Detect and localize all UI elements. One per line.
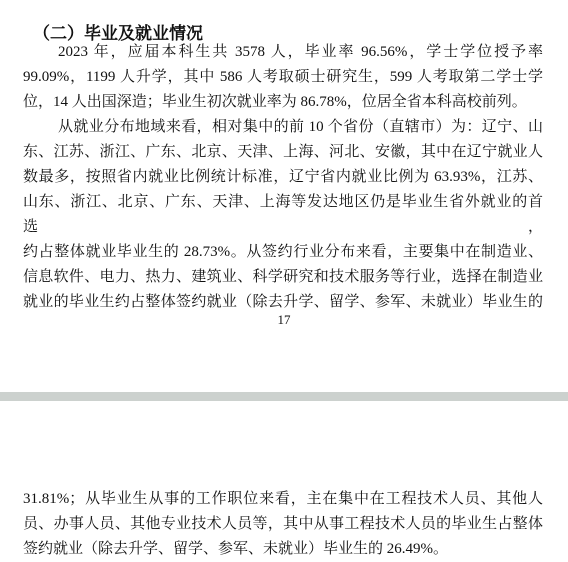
text-line: 签约就业（除去升学、留学、参军、未就业）毕业生的 26.49%。: [23, 537, 543, 562]
page2-text-body: 31.81%；从毕业生从事的工作职位来看，主在集中在工程技术人员、其他人 员、办…: [23, 487, 543, 562]
document-viewer: （二）毕业及就业情况 2023 年，应届本科生共 3578 人，毕业率 96.5…: [0, 0, 568, 562]
page-number: 17: [0, 312, 568, 328]
text-line: 位，14 人出国深造；毕业生初次就业率为 86.78%，位居全省本科高校前列。: [23, 90, 543, 115]
page1-text-body: 2023 年，应届本科生共 3578 人，毕业率 96.56%，学士学位授予率 …: [23, 40, 543, 315]
text-line: 2023 年，应届本科生共 3578 人，毕业率 96.56%，学士学位授予率: [23, 40, 543, 65]
text-line: 31.81%；从毕业生从事的工作职位来看，主在集中在工程技术人员、其他人: [23, 487, 543, 512]
text-line: 员、办事人员、其他专业技术人员等，其中从事工程技术人员的毕业生占整体: [23, 512, 543, 537]
text-line: 信息软件、电力、热力、建筑业、科学研究和技术服务等行业，选择在制造业: [23, 265, 543, 290]
text-line: 东、江苏、浙江、广东、北京、天津、上海、河北、安徽，其中在辽宁就业人: [23, 140, 543, 165]
text-line: 数最多，按照省内就业比例统计标准，辽宁省内就业比例为 63.93%，江苏、: [23, 165, 543, 190]
text-line: 约占整体就业毕业生的 28.73%。从签约行业分布来看，主要集中在制造业、: [23, 240, 543, 265]
page-break-separator: [0, 392, 568, 401]
text-line: 99.09%，1199 人升学，其中 586 人考取硕士研究生，599 人考取第…: [23, 65, 543, 90]
text-line: 从就业分布地域来看，相对集中的前 10 个省份（直辖市）为：辽宁、山: [23, 115, 543, 140]
text-line: 山东、浙江、北京、广东、天津、上海等发达地区仍是毕业生省外就业的首选，: [23, 190, 543, 240]
